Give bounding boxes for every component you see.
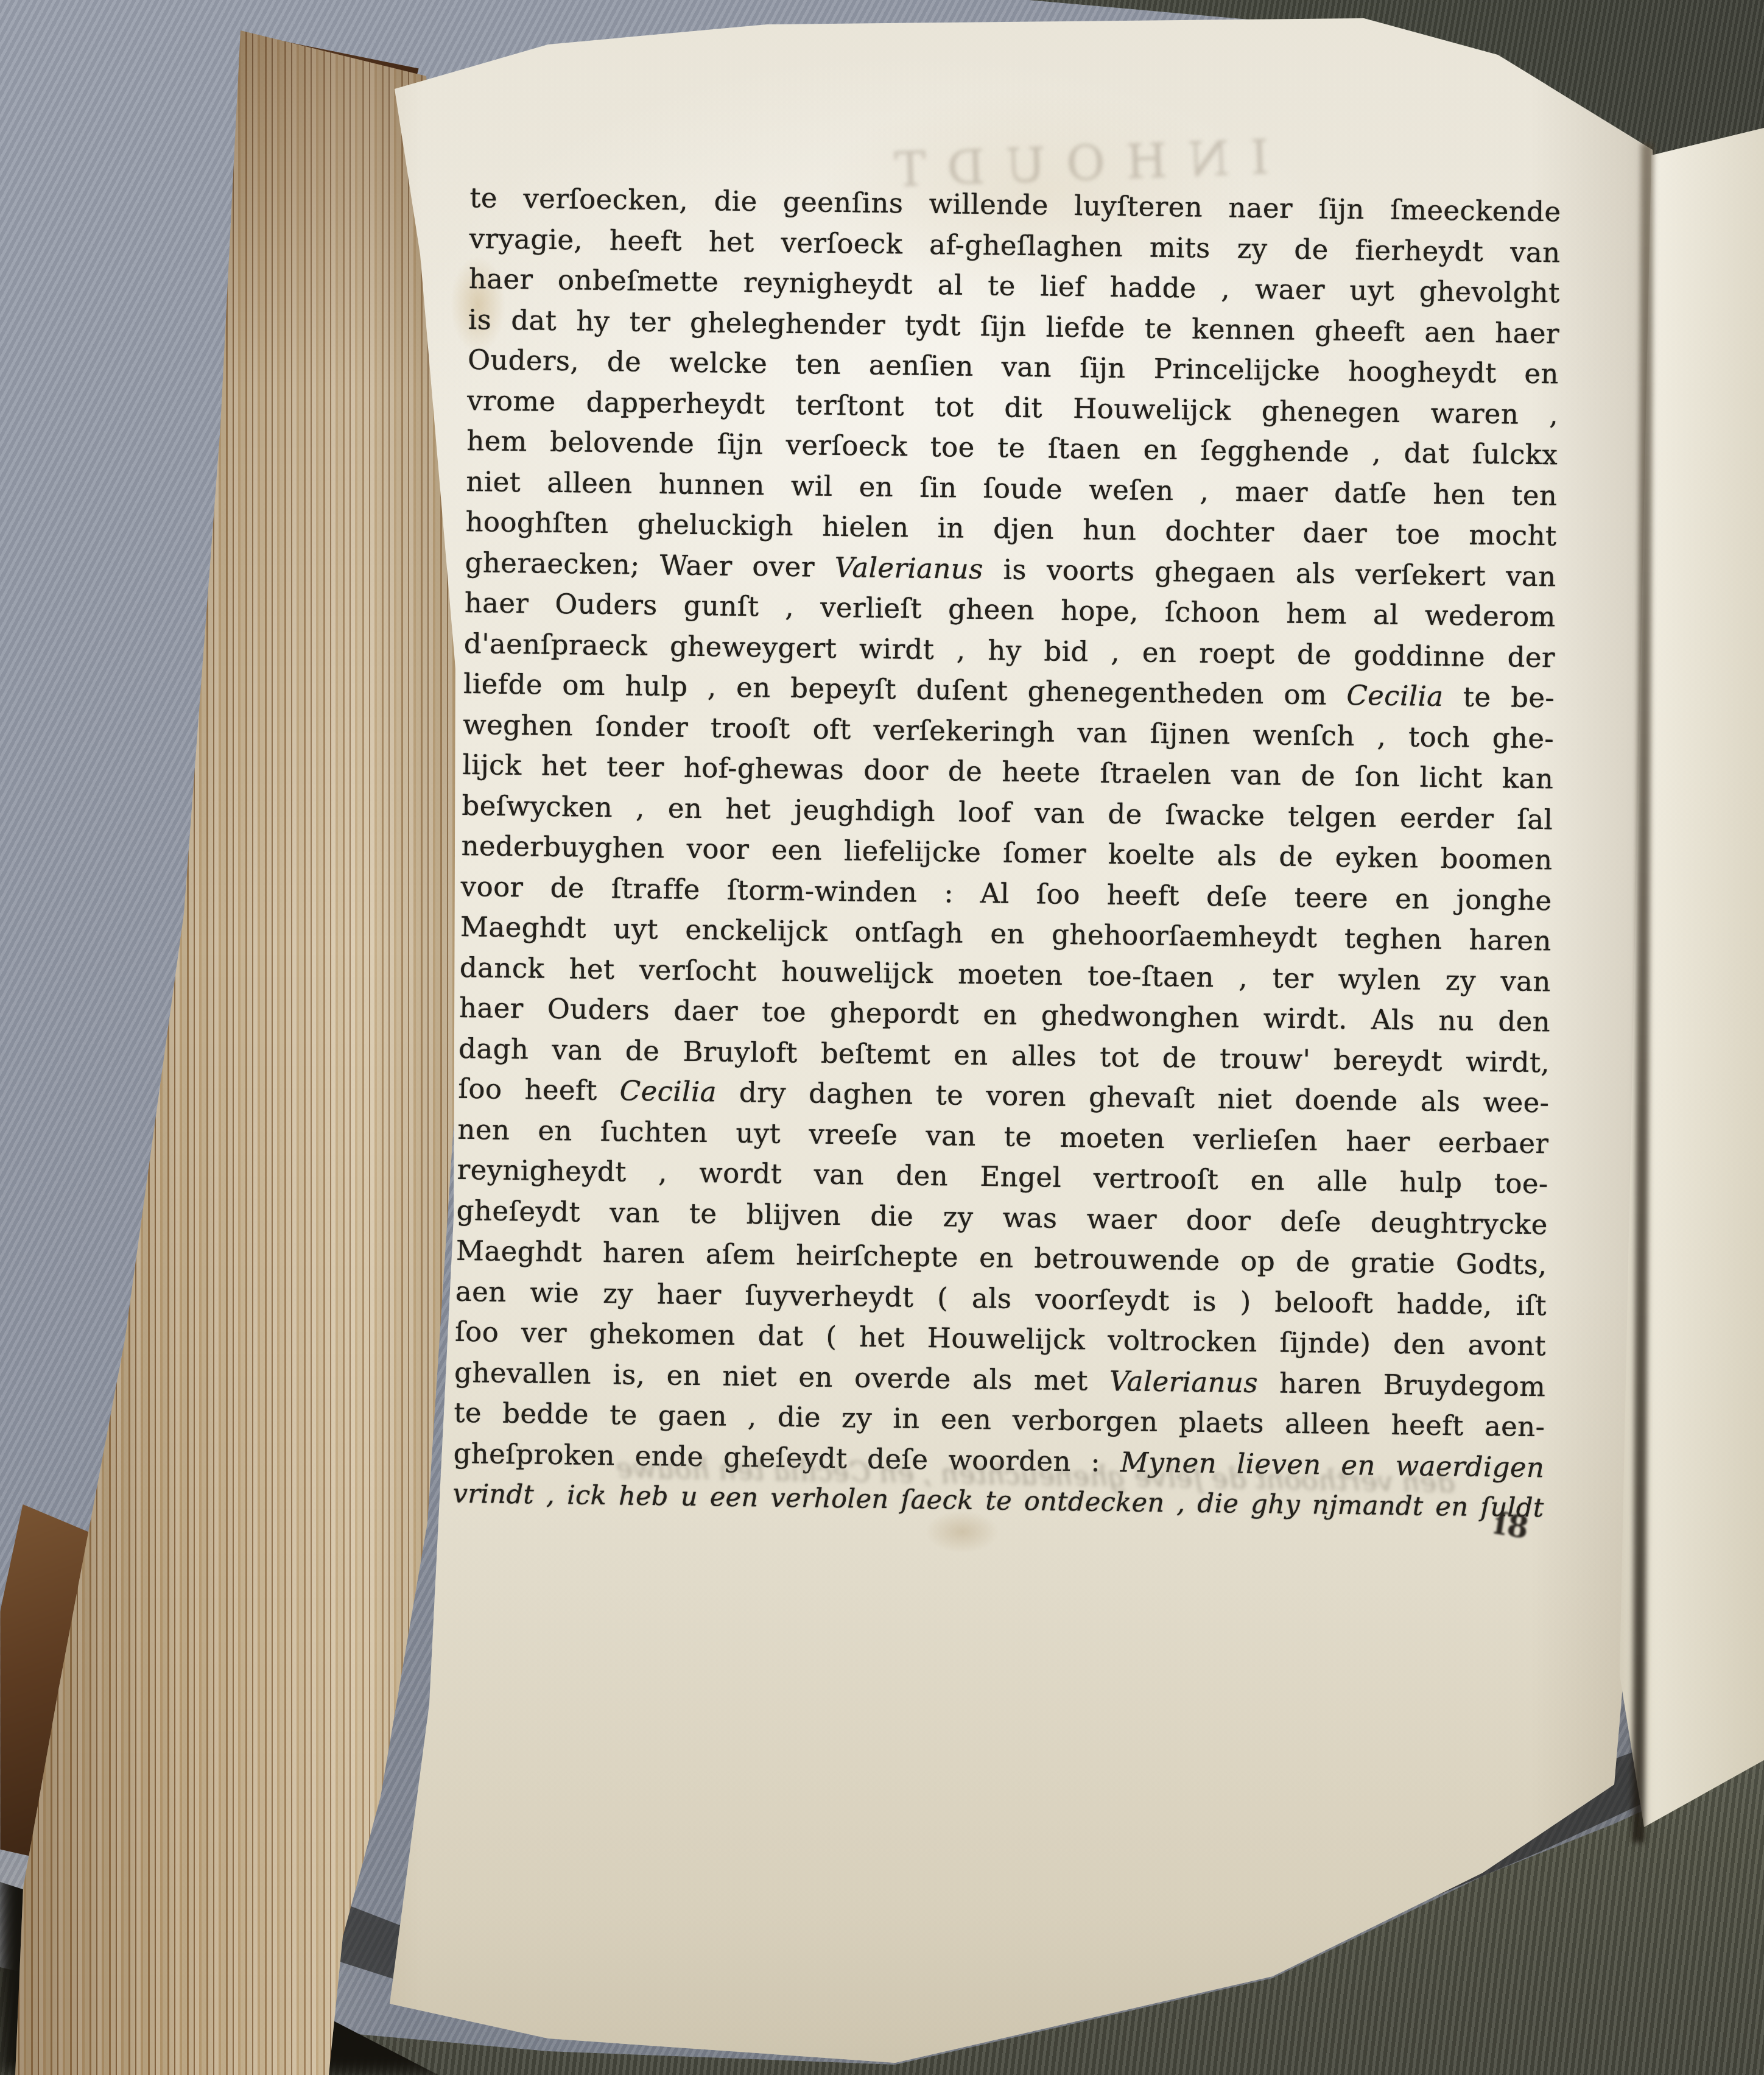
text-block: te verſoecken, die geenſins willende luy… <box>452 178 1561 1529</box>
book-photograph: { "photo": { "subject": "open antique bo… <box>0 0 1764 2075</box>
